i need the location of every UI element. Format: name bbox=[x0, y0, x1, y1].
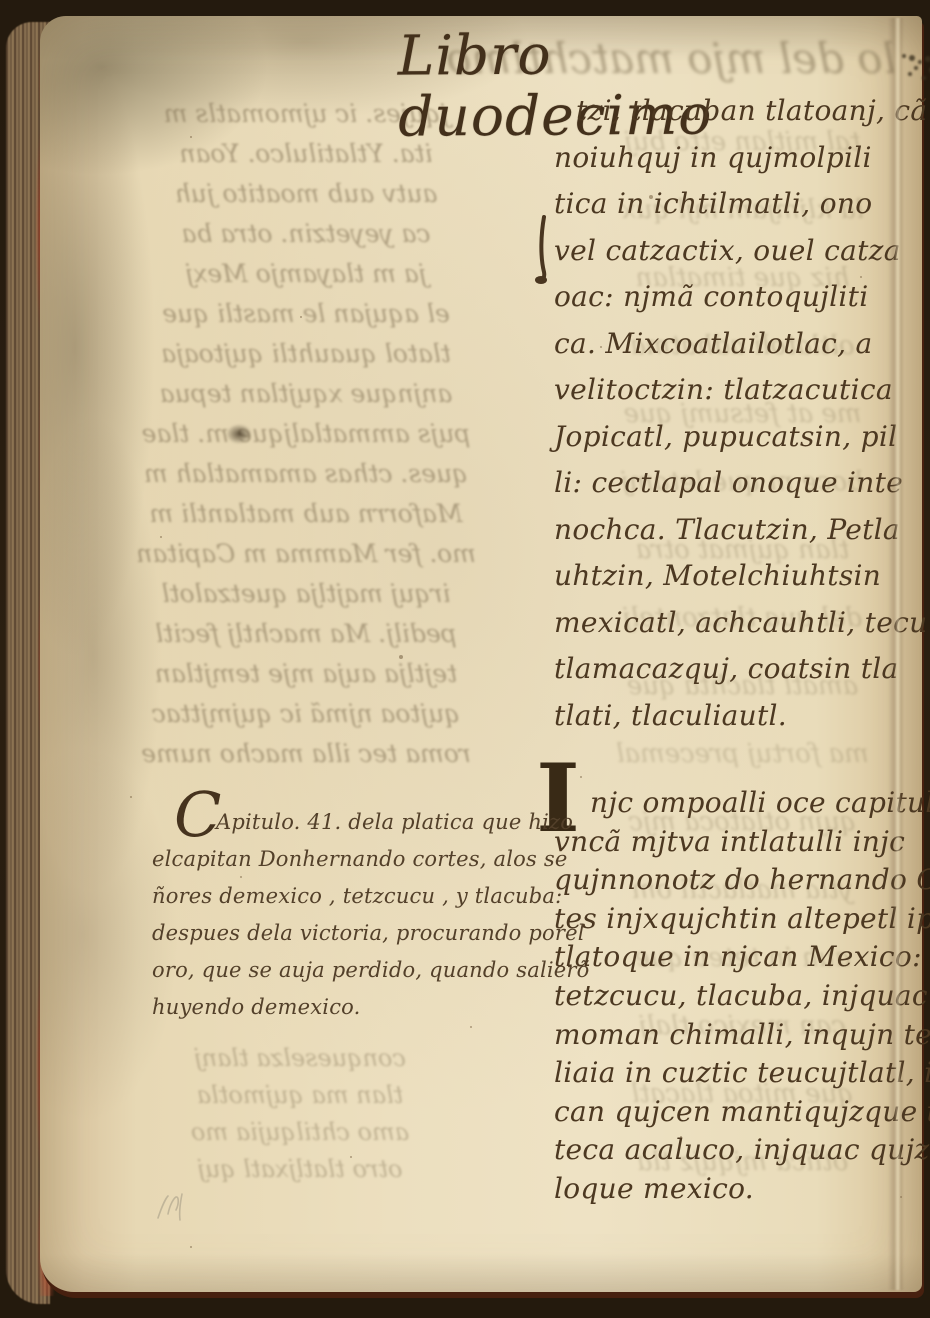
nahuatl-line: Jopicatl, pupucatsin, pil bbox=[554, 420, 930, 467]
bleedthrough-line: ca yeyetzin. otra ba bbox=[102, 214, 510, 254]
bleedthrough-line: tejtlja auja mje temjtlan bbox=[102, 654, 510, 694]
bleedthrough-line: pujs ammatlaljque m. tlae bbox=[102, 414, 510, 454]
nahuatl-column-block1: tzi, tlacuban tlatoanj, cã noiuhquj in q… bbox=[554, 94, 930, 745]
faint-pencil-mark bbox=[152, 1188, 192, 1228]
nahuatl-line: nochca. Tlacutzin, Petla bbox=[554, 513, 930, 560]
spanish-chapter-block: Apitulo. 41. dela platica que hizo elcap… bbox=[152, 810, 532, 1032]
nahuatl-line: liaia in cuztic teucujtlatl, in vn bbox=[554, 1056, 930, 1095]
bleedthrough-line: autv aub moatito juh bbox=[102, 174, 510, 214]
nahuatl-line: noiuhquj in qujmolpili bbox=[554, 141, 930, 188]
nahuatl-line: mexicatl, achcauhtli, tecu bbox=[554, 606, 930, 653]
nahuatl-line: tes injxqujchtin altepetl ipã bbox=[554, 902, 930, 941]
bleedthrough-line: mo. fer Mamma m Capitan bbox=[102, 534, 510, 574]
nahuatl-line: teca acaluco, injquac qujzque, cho bbox=[554, 1133, 930, 1172]
nahuatl-line: vel catzactix, ouel catza bbox=[554, 234, 930, 281]
nahuatl-line: ca. Mixcoatlailotlac, a bbox=[554, 327, 930, 374]
nahuatl-line: tetzcucu, tlacuba, injquac ieo bbox=[554, 979, 930, 1018]
spanish-line: Apitulo. 41. dela platica que hizo bbox=[152, 810, 532, 847]
nahuatl-line: velitoctzin: tlatzacutica bbox=[554, 373, 930, 420]
nahuatl-column-block2: njc ompoalli oce capitulo vncã mjtva int… bbox=[554, 786, 930, 1211]
paper-specks bbox=[40, 16, 42, 18]
nahuatl-line: can qujcen mantiqujzque tul bbox=[554, 1095, 930, 1134]
bleedthrough-line: qujtoa njmã ic qujmjttac bbox=[102, 694, 510, 734]
bleedthrough-line: ques. cthas amamatlah m bbox=[102, 454, 510, 494]
bleedthrough-line: roma tec illa macho nume bbox=[102, 734, 510, 774]
spanish-line: huyendo demexico. bbox=[152, 995, 532, 1032]
nahuatl-line: tlamacazquj, coatsin tla bbox=[554, 652, 930, 699]
nahuatl-line: vncã mjtva intlatulli injc bbox=[554, 825, 930, 864]
nahuatl-line: tlatoque in njcan Mexico: auh bbox=[554, 940, 930, 979]
manuscript-page: lo del mjo matchtlmo jqujes. ic ujmomatl… bbox=[40, 16, 922, 1292]
nahuatl-line: uhtzin, Motelchiuhtsin bbox=[554, 559, 930, 606]
spanish-line: ñores demexico , tetzcucu , y tlacuba: bbox=[152, 884, 532, 921]
bleedthrough-line: tlatol quauhtli qujtoaja bbox=[102, 334, 510, 374]
spanish-line: despues dela victoria, procurando porel bbox=[152, 921, 532, 958]
nahuatl-line: tzi, tlacuban tlatoanj, cã bbox=[554, 94, 930, 141]
spanish-line: elcapitan Donhernando cortes, alos se bbox=[152, 847, 532, 884]
bleedthrough-line: pedilj. Ma machtlj fecitl bbox=[102, 614, 510, 654]
spanish-line: oro, que se auja perdido, quando salierõ bbox=[152, 958, 532, 995]
bleedthrough-line: irquj majtlja quetzalotl bbox=[102, 574, 510, 614]
nahuatl-line: qujnnonotz do hernando Cor bbox=[554, 863, 930, 902]
manuscript-scan: lo del mjo matchtlmo jqujes. ic ujmomatl… bbox=[0, 0, 930, 1318]
bleedthrough-left-column: jqujes. ic ujmomatls m ita. Ytlatilulco.… bbox=[102, 94, 510, 774]
nahuatl-line: moman chimalli, inqujn temo bbox=[554, 1018, 930, 1057]
margin-pen-stroke bbox=[532, 214, 554, 294]
nahuatl-line: li: cectlapal onoque inte bbox=[554, 466, 930, 513]
bleedthrough-line: ja m tlayamjo Mexj bbox=[102, 254, 510, 294]
gutter-fold-shadow bbox=[888, 18, 904, 1290]
nahuatl-line: njc ompoalli oce capitulo bbox=[554, 786, 930, 825]
bleedthrough-line: el aqujan le mastli que bbox=[102, 294, 510, 334]
bleedthrough-line: amo chtilqujia mo bbox=[110, 1114, 490, 1151]
bleedthrough-line: conqueselza tlanj bbox=[110, 1040, 490, 1077]
bleedthrough-left-lower: conqueselza tlanj tlan ma qujmotla amo c… bbox=[110, 1040, 490, 1188]
nahuatl-line: oac: njmã contoqujliti bbox=[554, 280, 930, 327]
nahuatl-line: loque mexico. bbox=[554, 1172, 930, 1211]
bleedthrough-line: otro tlatljxatl quj bbox=[110, 1151, 490, 1188]
bleedthrough-line: tlan ma qujmotla bbox=[110, 1077, 490, 1114]
nahuatl-line: tica in ichtilmatli, ono bbox=[554, 187, 930, 234]
bleedthrough-line: Maforrn aub matlantli m bbox=[102, 494, 510, 534]
bleedthrough-line: anjnque xqujtlan tepua bbox=[102, 374, 510, 414]
nahuatl-line: tlati, tlaculiautl. bbox=[554, 699, 930, 746]
